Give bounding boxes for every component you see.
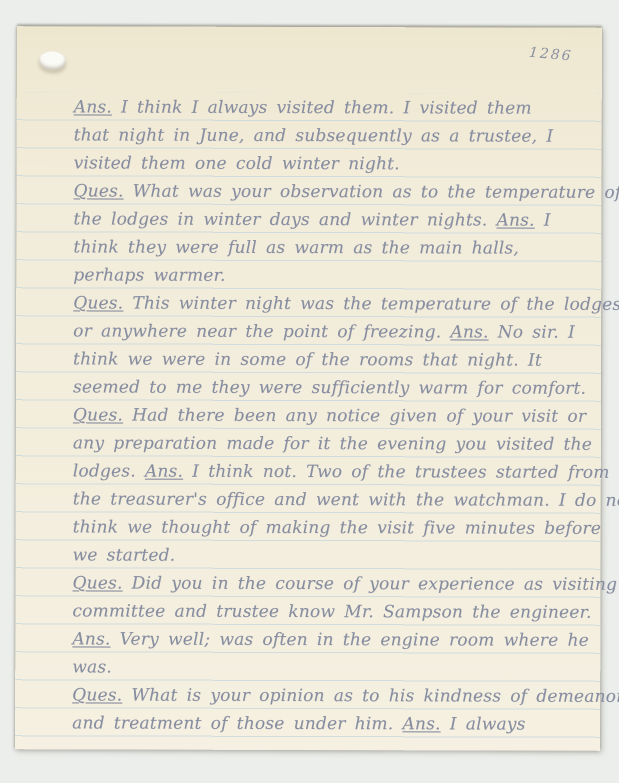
manuscript-line: Ans. I think I always visited them. I vi… [74,92,594,121]
manuscript-line-text: that night in June, and subsequently as … [74,125,554,146]
manuscript-line: Ques. What was your observation as to th… [73,176,593,205]
manuscript-line-text: the lodges in winter days and winter nig… [73,209,496,230]
manuscript-line: seemed to me they were sufficiently warm… [73,372,593,401]
manuscript-line: lodges. Ans. I think not. Two of the tru… [73,456,593,485]
manuscript-line-text: we started. [73,545,176,565]
punch-hole [39,51,66,70]
manuscript-line-text: seemed to me they were sufficiently warm… [73,377,586,398]
manuscript-line-text: perhaps warmer. [73,265,225,285]
manuscript-line-text: I think not. Two of the trustees started… [183,462,610,483]
qa-marker: Ques. [73,293,123,313]
qa-marker: Ques. [72,573,122,593]
manuscript-line: Ans. Very well; was often in the engine … [72,624,592,653]
qa-marker: Ques. [73,181,123,201]
manuscript-line-text: What is your opinion as to his kindness … [122,686,619,707]
manuscript-line: we started. [73,540,593,569]
manuscript-line-text: was. [72,657,112,677]
qa-marker: Ans. [72,629,110,649]
manuscript-line-text: any preparation made for it the evening … [73,433,592,454]
manuscript-line-text: lodges. [73,461,145,481]
qa-marker: Ques. [73,405,123,425]
manuscript-line-text: Very well; was often in the engine room … [110,629,588,650]
manuscript-line: committee and trustee know Mr. Sampson t… [72,596,592,625]
qa-marker: Ans. [74,97,112,117]
manuscript-line: think we were in some of the rooms that … [73,344,593,373]
manuscript-line-text: What was your observation as to the temp… [124,182,619,203]
manuscript-line-text: committee and trustee know Mr. Sampson t… [72,601,591,622]
scan-background: 1286 Ans. I think I always visited them.… [0,0,619,783]
manuscript-line-text: or anywhere near the point of freezing. [73,321,450,342]
manuscript-line-text: Had there been any notice given of your … [123,406,586,427]
manuscript-line-text: think we were in some of the rooms that … [73,349,542,370]
manuscript-line: think we thought of making the visit fiv… [73,512,593,541]
manuscript-line-text: No sir. I [489,322,575,342]
manuscript-line: that night in June, and subsequently as … [74,120,594,149]
manuscript-line-text: I always [441,714,526,734]
manuscript-line: Ques. Did you in the course of your expe… [72,568,592,597]
manuscript-line-text: visited them one cold winter night. [74,153,400,174]
manuscript-page: 1286 Ans. I think I always visited them.… [15,26,602,751]
manuscript-line: was. [72,652,592,681]
qa-marker: Ans. [496,210,534,230]
manuscript-line-text: Did you in the course of your experience… [123,574,618,595]
qa-marker: Ans. [450,322,488,342]
manuscript-line: Ques. This winter night was the temperat… [73,288,593,317]
manuscript-line-text: the treasurer's office and went with the… [73,489,619,510]
manuscript-line-text: This winter night was the temperature of… [123,294,619,315]
manuscript-text: Ans. I think I always visited them. I vi… [72,92,594,738]
manuscript-line-text: I think I always visited them. I visited… [112,97,532,118]
qa-marker: Ans. [145,462,183,482]
manuscript-line: the lodges in winter days and winter nig… [73,204,593,233]
manuscript-line: think they were full as warm as the main… [73,232,593,261]
manuscript-line-text: and treatment of those under him. [72,713,402,734]
manuscript-line: Ques. What is your opinion as to his kin… [72,680,592,709]
page-number: 1286 [528,45,573,65]
manuscript-line-text: think they were full as warm as the main… [73,237,519,258]
manuscript-line: the treasurer's office and went with the… [73,484,593,513]
manuscript-line: visited them one cold winter night. [74,148,594,177]
qa-marker: Ans. [402,714,440,734]
qa-marker: Ques. [72,685,122,705]
manuscript-line: or anywhere near the point of freezing. … [73,316,593,345]
manuscript-line: perhaps warmer. [73,260,593,289]
manuscript-line-text: I [535,211,551,231]
manuscript-line: Ques. Had there been any notice given of… [73,400,593,429]
manuscript-line: any preparation made for it the evening … [73,428,593,457]
manuscript-line: and treatment of those under him. Ans. I… [72,708,592,737]
manuscript-line-text: think we thought of making the visit fiv… [73,517,601,538]
